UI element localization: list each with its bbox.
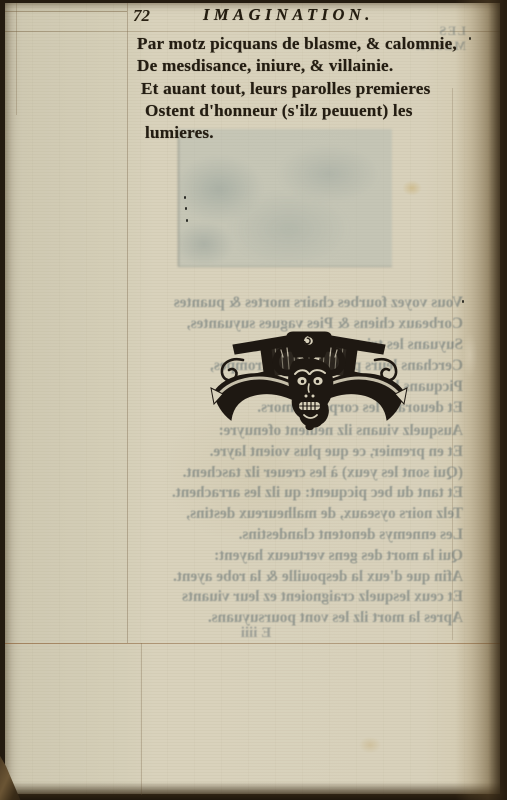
ink-speck	[184, 196, 186, 199]
ink-speck	[462, 300, 464, 303]
poem-text: Par motz picquans de blasme, & calomnie,…	[137, 33, 482, 144]
book-scan-photo: 72 IMAGINATION. Par motz picquans de bla…	[0, 0, 507, 800]
verso-image-show-through	[178, 129, 392, 267]
poem-line: Et auant tout, leurs parolles premieres	[137, 78, 482, 100]
poem-line: De mesdisance, iniure, & villainie.	[137, 55, 482, 77]
ink-speck	[185, 207, 187, 210]
grotesque-mask-ornament-icon	[209, 330, 409, 434]
poem-line: Ostent d'honneur (s'ilz peuuent) les lum…	[137, 100, 482, 145]
poem-line: Par motz picquans de blasme, & calomnie,	[137, 33, 482, 55]
page-number: 72	[133, 6, 150, 26]
ink-speck	[186, 219, 188, 222]
running-header: IMAGINATION.	[203, 5, 374, 25]
